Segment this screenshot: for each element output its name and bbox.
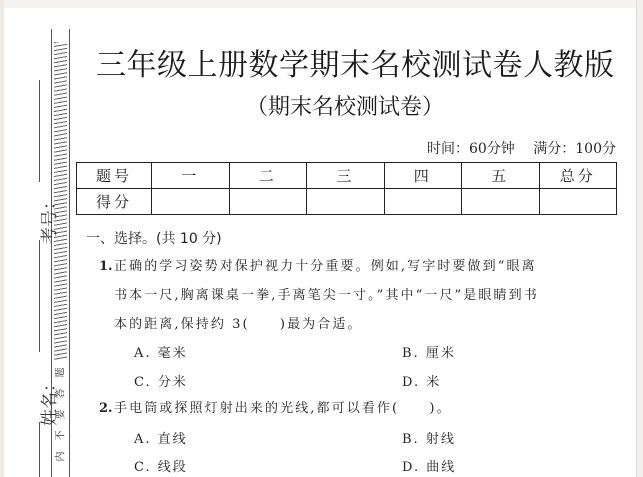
seal-char: 不 xyxy=(51,429,72,443)
score-table-score-row: 得分 xyxy=(77,189,617,215)
question-line: 本的距离,保持约 3( )最为合适。 xyxy=(114,310,604,339)
page-title: 三年级上册数学期末名校测试卷人教版 xyxy=(96,40,615,84)
question-line: 手电筒或探照灯射出来的光线,都可以看作( )。 xyxy=(114,394,604,423)
header-cell-1: 一 xyxy=(152,163,230,189)
score-cell-1[interactable] xyxy=(152,189,230,215)
score-row-label: 得分 xyxy=(77,189,152,215)
header-cell-question: 题号 xyxy=(77,163,152,189)
question-1: 1. 正确的学习姿势对保护视力十分重要。例如,写字时要做到“眼离 书本一尺,胸离… xyxy=(114,252,604,339)
student-name-label: 姓名： xyxy=(35,375,60,426)
header-cell-2: 二 xyxy=(229,163,307,189)
question-line: 正确的学习姿势对保护视力十分重要。例如,写字时要做到“眼离 xyxy=(114,252,604,281)
header-cell-5: 五 xyxy=(462,163,540,189)
page-top-edge xyxy=(0,0,643,8)
q2-option-b[interactable]: B. 射线 xyxy=(402,428,456,447)
q1-option-c[interactable]: C. 分米 xyxy=(134,371,188,390)
exam-number-line-lower[interactable] xyxy=(39,240,40,352)
question-number: 2. xyxy=(99,394,113,423)
q1-option-d[interactable]: D. 米 xyxy=(402,371,441,390)
header-cell-4: 四 xyxy=(384,163,462,189)
score-table-header-row: 题号 一 二 三 四 五 总分 xyxy=(77,163,617,189)
header-cell-total: 总分 xyxy=(539,163,617,189)
q2-option-d[interactable]: D. 曲线 xyxy=(402,456,456,475)
score-cell-5[interactable] xyxy=(462,189,540,215)
page-left-edge xyxy=(0,0,4,477)
question-2: 2. 手电筒或探照灯射出来的光线,都可以看作( )。 xyxy=(114,394,604,423)
exam-number-label: 考号： xyxy=(35,193,60,244)
q1-option-a[interactable]: A. 毫米 xyxy=(134,342,188,361)
q1-option-b[interactable]: B. 厘米 xyxy=(402,342,456,361)
student-name-line[interactable] xyxy=(39,422,40,477)
q2-option-c[interactable]: C. 线段 xyxy=(134,456,188,475)
page-subtitle: （期末名校测试卷） xyxy=(246,90,444,121)
exam-meta: 时间：60分钟 满分：100分 xyxy=(427,138,616,158)
section-heading: 一、选择。(共 10 分) xyxy=(86,228,222,248)
q2-option-a[interactable]: A. 直线 xyxy=(134,428,188,447)
header-cell-3: 三 xyxy=(307,163,385,189)
question-line: 书本一尺,胸离课桌一拳,手离笔尖一寸。”其中“一尺”是眼睛到书 xyxy=(114,281,604,310)
score-cell-2[interactable] xyxy=(229,189,307,215)
question-number: 1. xyxy=(99,252,113,281)
score-table: 题号 一 二 三 四 五 总分 得分 xyxy=(76,162,617,215)
score-cell-4[interactable] xyxy=(384,189,462,215)
score-cell-3[interactable] xyxy=(307,189,385,215)
score-cell-total[interactable] xyxy=(539,189,617,215)
exam-number-line-upper[interactable] xyxy=(39,80,40,182)
full-score: 满分：100分 xyxy=(533,141,616,157)
page-right-edge xyxy=(636,0,643,477)
time-limit: 时间：60分钟 xyxy=(427,141,515,157)
seal-char: 内 xyxy=(51,450,72,464)
